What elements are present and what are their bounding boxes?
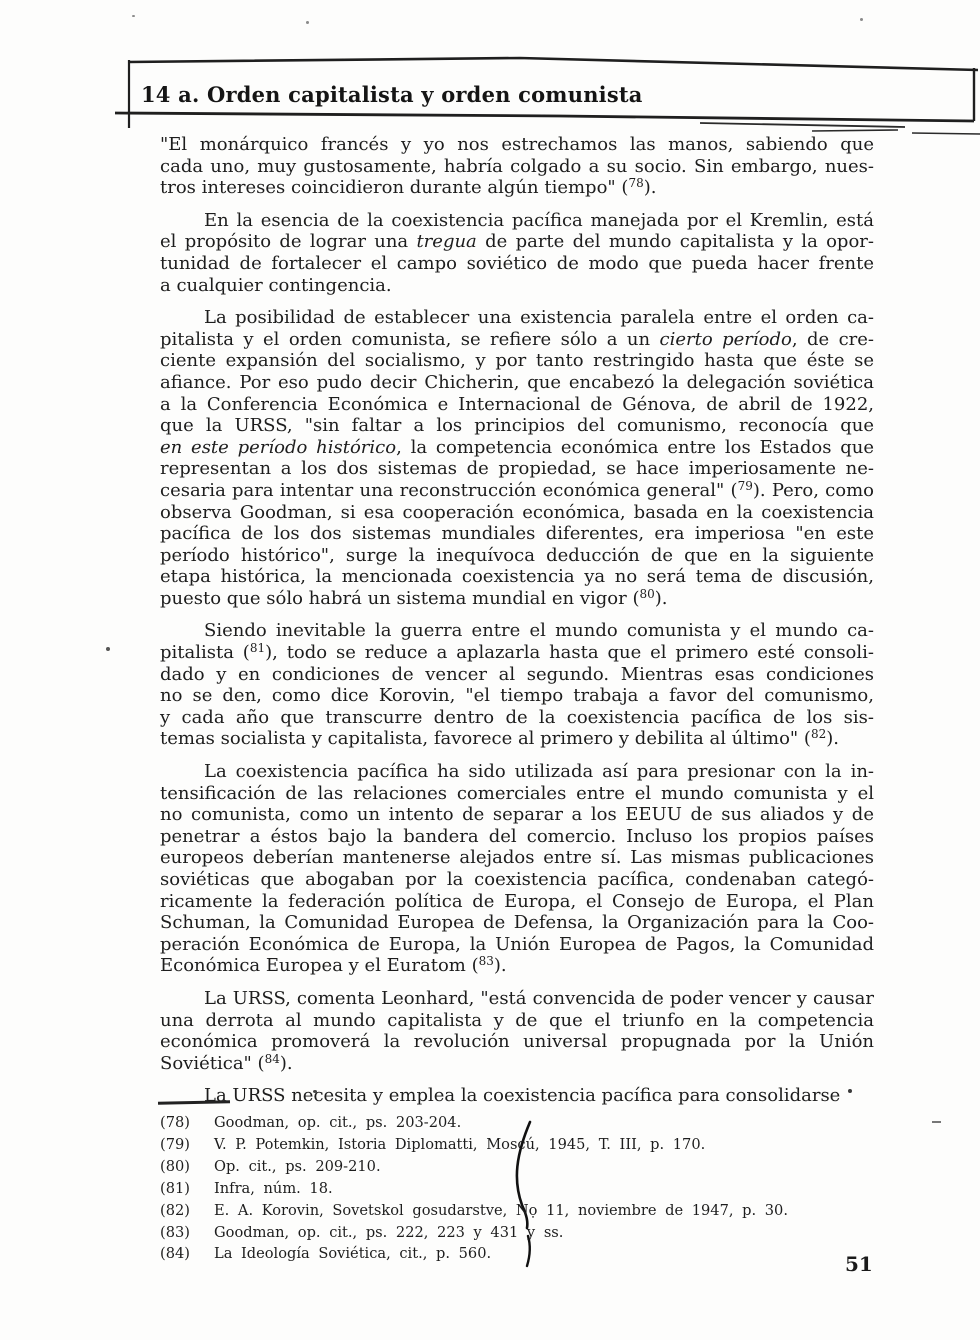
footnote-row: (78)Goodman, op. cit., ps. 203-204. — [160, 1112, 860, 1134]
body-paragraph: "El monárquico francés y yo nos estrecha… — [160, 134, 874, 199]
scan-speck — [860, 18, 863, 21]
text-line: observa Goodman, si esa cooperación econ… — [160, 502, 874, 524]
scan-speck — [106, 647, 110, 651]
text-line: una derrota al mundo capitalista y de qu… — [160, 1010, 874, 1032]
footnote-text: Op. cit., ps. 209-210. — [214, 1156, 860, 1178]
scan-speck — [932, 1121, 941, 1123]
body-paragraph: La URSS, comenta Leonhard, "está convenc… — [160, 988, 874, 1074]
text-line: no se den, como dice Korovin, "el tiempo… — [160, 685, 874, 707]
footnote-number: (83) — [160, 1222, 214, 1244]
text-line: etapa histórica, la mencionada coexisten… — [160, 566, 874, 588]
footnote-row: (80)Op. cit., ps. 209-210. — [160, 1156, 860, 1178]
footnote-text: La Ideología Soviética, cit., p. 560. — [214, 1243, 860, 1265]
text-line: La posibilidad de establecer una existen… — [160, 307, 874, 329]
text-line: puesto que sólo habrá un sistema mundial… — [160, 588, 874, 610]
text-line: pitalista (81), todo se reduce a aplazar… — [160, 642, 874, 664]
footnote-row: (79)V. P. Potemkin, Istoria Diplomatti, … — [160, 1134, 860, 1156]
text-line: dado y en condiciones de vencer al segun… — [160, 664, 874, 686]
text-line: La coexistencia pacífica ha sido utiliza… — [160, 761, 874, 783]
footnote-number: (81) — [160, 1178, 214, 1200]
footnote-row: (84)La Ideología Soviética, cit., p. 560… — [160, 1243, 860, 1265]
text-line: pacífica de los dos sistemas mundiales d… — [160, 523, 874, 545]
text-line: ciente expansión del socialismo, y por t… — [160, 350, 874, 372]
text-line: tros intereses coincidieron durante algú… — [160, 177, 874, 199]
text-line: ricamente la federación política de Euro… — [160, 891, 874, 913]
header-stray-line-2 — [812, 130, 898, 131]
body-paragraph: La URSS necesita y emplea la coexistenci… — [160, 1085, 874, 1107]
text-line: en este período histórico, la competenci… — [160, 437, 874, 459]
text-line: temas socialista y capitalista, favorece… — [160, 728, 874, 750]
text-line: económica promoverá la revolución univer… — [160, 1031, 874, 1053]
text-line: "El monárquico francés y yo nos estrecha… — [160, 134, 874, 156]
footnote-text: Goodman, op. cit., ps. 222, 223 y 431 y … — [214, 1222, 860, 1244]
body-paragraph: En la esencia de la coexistencia pacífic… — [160, 210, 874, 296]
scan-speck — [313, 1090, 317, 1093]
scan-speck — [848, 1089, 852, 1093]
text-line: Siendo inevitable la guerra entre el mun… — [160, 620, 874, 642]
text-line: período histórico", surge la inequívoca … — [160, 545, 874, 567]
footnote-number: (82) — [160, 1200, 214, 1222]
footnote-number: (84) — [160, 1243, 214, 1265]
footnote-text: V. P. Potemkin, Istoria Diplomatti, Mosc… — [214, 1134, 860, 1156]
scanned-book-page: 14 a. Orden capitalista y orden comunist… — [0, 0, 980, 1340]
footnote-text: Infra, núm. 18. — [214, 1178, 860, 1200]
text-line: En la esencia de la coexistencia pacífic… — [160, 210, 874, 232]
footnote-text: E. A. Korovin, Sovetskol gosudarstve, Nọ… — [214, 1200, 860, 1222]
text-line: penetrar a éstos bajo la bandera del com… — [160, 826, 874, 848]
text-line: cesaria para intentar una reconstrucción… — [160, 480, 874, 502]
header-stray-line-3 — [912, 133, 980, 134]
header-box-top-border — [128, 58, 978, 70]
text-line: cada uno, muy gustosamente, habría colga… — [160, 156, 874, 178]
text-line: europeos deberían mantenerse alejados en… — [160, 847, 874, 869]
text-line: Económica Europea y el Euratom (83). — [160, 955, 874, 977]
text-line: soviéticas que abogaban por la coexisten… — [160, 869, 874, 891]
text-line: tunidad de fortalecer el campo soviético… — [160, 253, 874, 275]
footnote-row: (83)Goodman, op. cit., ps. 222, 223 y 43… — [160, 1222, 860, 1244]
header-title-underline — [115, 113, 974, 121]
header-stray-line-1 — [700, 123, 905, 127]
text-line: afiance. Por eso pudo decir Chicherin, q… — [160, 372, 874, 394]
text-line: La URSS, comenta Leonhard, "está convenc… — [160, 988, 874, 1010]
text-line: pitalista y el orden comunista, se refie… — [160, 329, 874, 351]
text-line: el propósito de lograr una tregua de par… — [160, 231, 874, 253]
body-text-block: "El monárquico francés y yo nos estrecha… — [160, 134, 874, 1118]
text-line: La URSS necesita y emplea la coexistenci… — [160, 1085, 874, 1107]
text-line: no comunista, como un intento de separar… — [160, 804, 874, 826]
footnote-text: Goodman, op. cit., ps. 203-204. — [214, 1112, 860, 1134]
body-paragraph: Siendo inevitable la guerra entre el mun… — [160, 620, 874, 750]
text-line: tensificación de las relaciones comercia… — [160, 783, 874, 805]
scan-speck — [306, 21, 309, 24]
footnotes-block: (78)Goodman, op. cit., ps. 203-204.(79)V… — [160, 1112, 860, 1265]
text-line: a cualquier contingencia. — [160, 275, 874, 297]
body-paragraph: La posibilidad de establecer una existen… — [160, 307, 874, 609]
section-header-title: 14 a. Orden capitalista y orden comunist… — [141, 82, 643, 107]
footnote-number: (78) — [160, 1112, 214, 1134]
footnote-row: (81)Infra, núm. 18. — [160, 1178, 860, 1200]
text-line: que la URSS, "sin faltar a los principio… — [160, 415, 874, 437]
text-line: a la Conferencia Económica e Internacion… — [160, 394, 874, 416]
text-line: Soviética" (84). — [160, 1053, 874, 1075]
footnote-number: (79) — [160, 1134, 214, 1156]
footnote-number: (80) — [160, 1156, 214, 1178]
footnote-row: (82)E. A. Korovin, Sovetskol gosudarstve… — [160, 1200, 860, 1222]
text-line: peración Económica de Europa, la Unión E… — [160, 934, 874, 956]
body-paragraph: La coexistencia pacífica ha sido utiliza… — [160, 761, 874, 977]
scan-speck — [132, 15, 135, 17]
page-number: 51 — [845, 1252, 873, 1276]
text-line: Schuman, la Comunidad Europea de Defensa… — [160, 912, 874, 934]
text-line: representan a los dos sistemas de propie… — [160, 458, 874, 480]
text-line: y cada año que transcurre dentro de la c… — [160, 707, 874, 729]
